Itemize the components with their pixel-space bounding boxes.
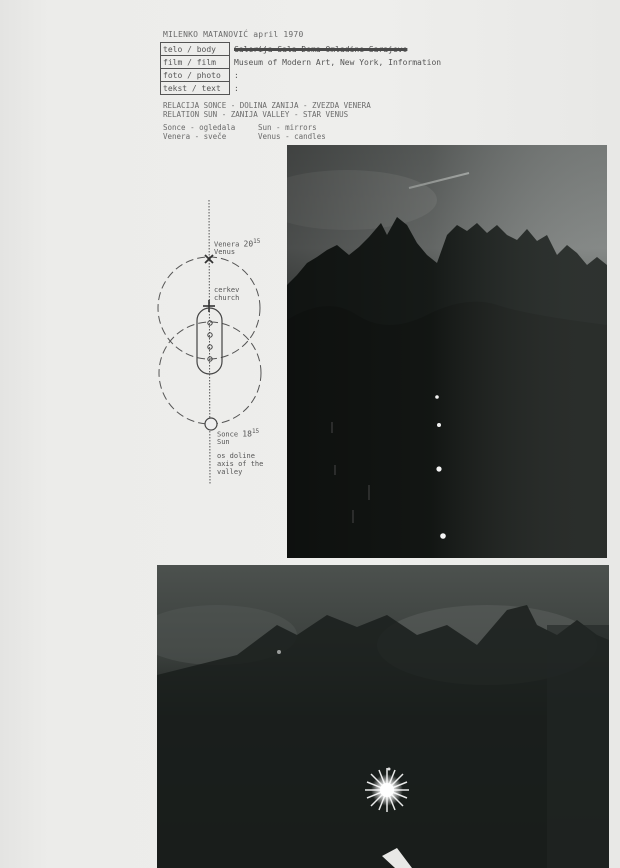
photo-forest-sun-mirror (157, 565, 609, 868)
form-label: film / film (161, 56, 230, 69)
photo-forest-candles (287, 145, 607, 558)
venus-label: Venera 2015 Venus (214, 238, 260, 256)
legend: Sonce - ogledala Sun - mirrors Venera - … (163, 124, 326, 141)
form-row-body: telo / body Galerija Sala Doma Omladine … (161, 43, 443, 56)
venus-x-icon (205, 255, 213, 263)
legend-left-1: Venera - sveče (163, 133, 258, 142)
form-table: telo / body Galerija Sala Doma Omladine … (160, 42, 443, 95)
form-value: Museum of Modern Art, New York, Informat… (230, 56, 443, 69)
artist-date-header: MILENKO MATANOVIĆ april 1970 (163, 30, 303, 39)
sun-circle-icon (205, 418, 217, 430)
form-row-text: tekst / text : (161, 82, 443, 95)
form-label: foto / photo (161, 69, 230, 82)
legend-right-1: Venus - candles (258, 133, 326, 142)
axis-label: os doline axis of the valley (217, 452, 263, 476)
form-value-struck: Galerija Sala Doma Omladine Sarajevo (230, 43, 443, 56)
sun-star-icon (365, 768, 409, 812)
form-value: : (230, 82, 443, 95)
form-label: telo / body (161, 43, 230, 56)
title-english: RELATION SUN - ZANIJA VALLEY - STAR VENU… (163, 110, 371, 119)
church-label: cerkev church (214, 286, 239, 302)
site-diagram: Venera 2015 Venus cerkev church Sonce 18… (150, 190, 290, 490)
form-label: tekst / text (161, 82, 230, 95)
work-title: RELACIJA SONCE - DOLINA ZANIJA - ZVEZDA … (163, 101, 371, 119)
form-row-photo: foto / photo : (161, 69, 443, 82)
document-page: MILENKO MATANOVIĆ april 1970 telo / body… (0, 0, 620, 868)
form-value: : (230, 69, 443, 82)
title-slovene: RELACIJA SONCE - DOLINA ZANIJA - ZVEZDA … (163, 101, 371, 110)
sun-label: Sonce 1815 Sun (217, 428, 259, 446)
form-row-film: film / film Museum of Modern Art, New Yo… (161, 56, 443, 69)
